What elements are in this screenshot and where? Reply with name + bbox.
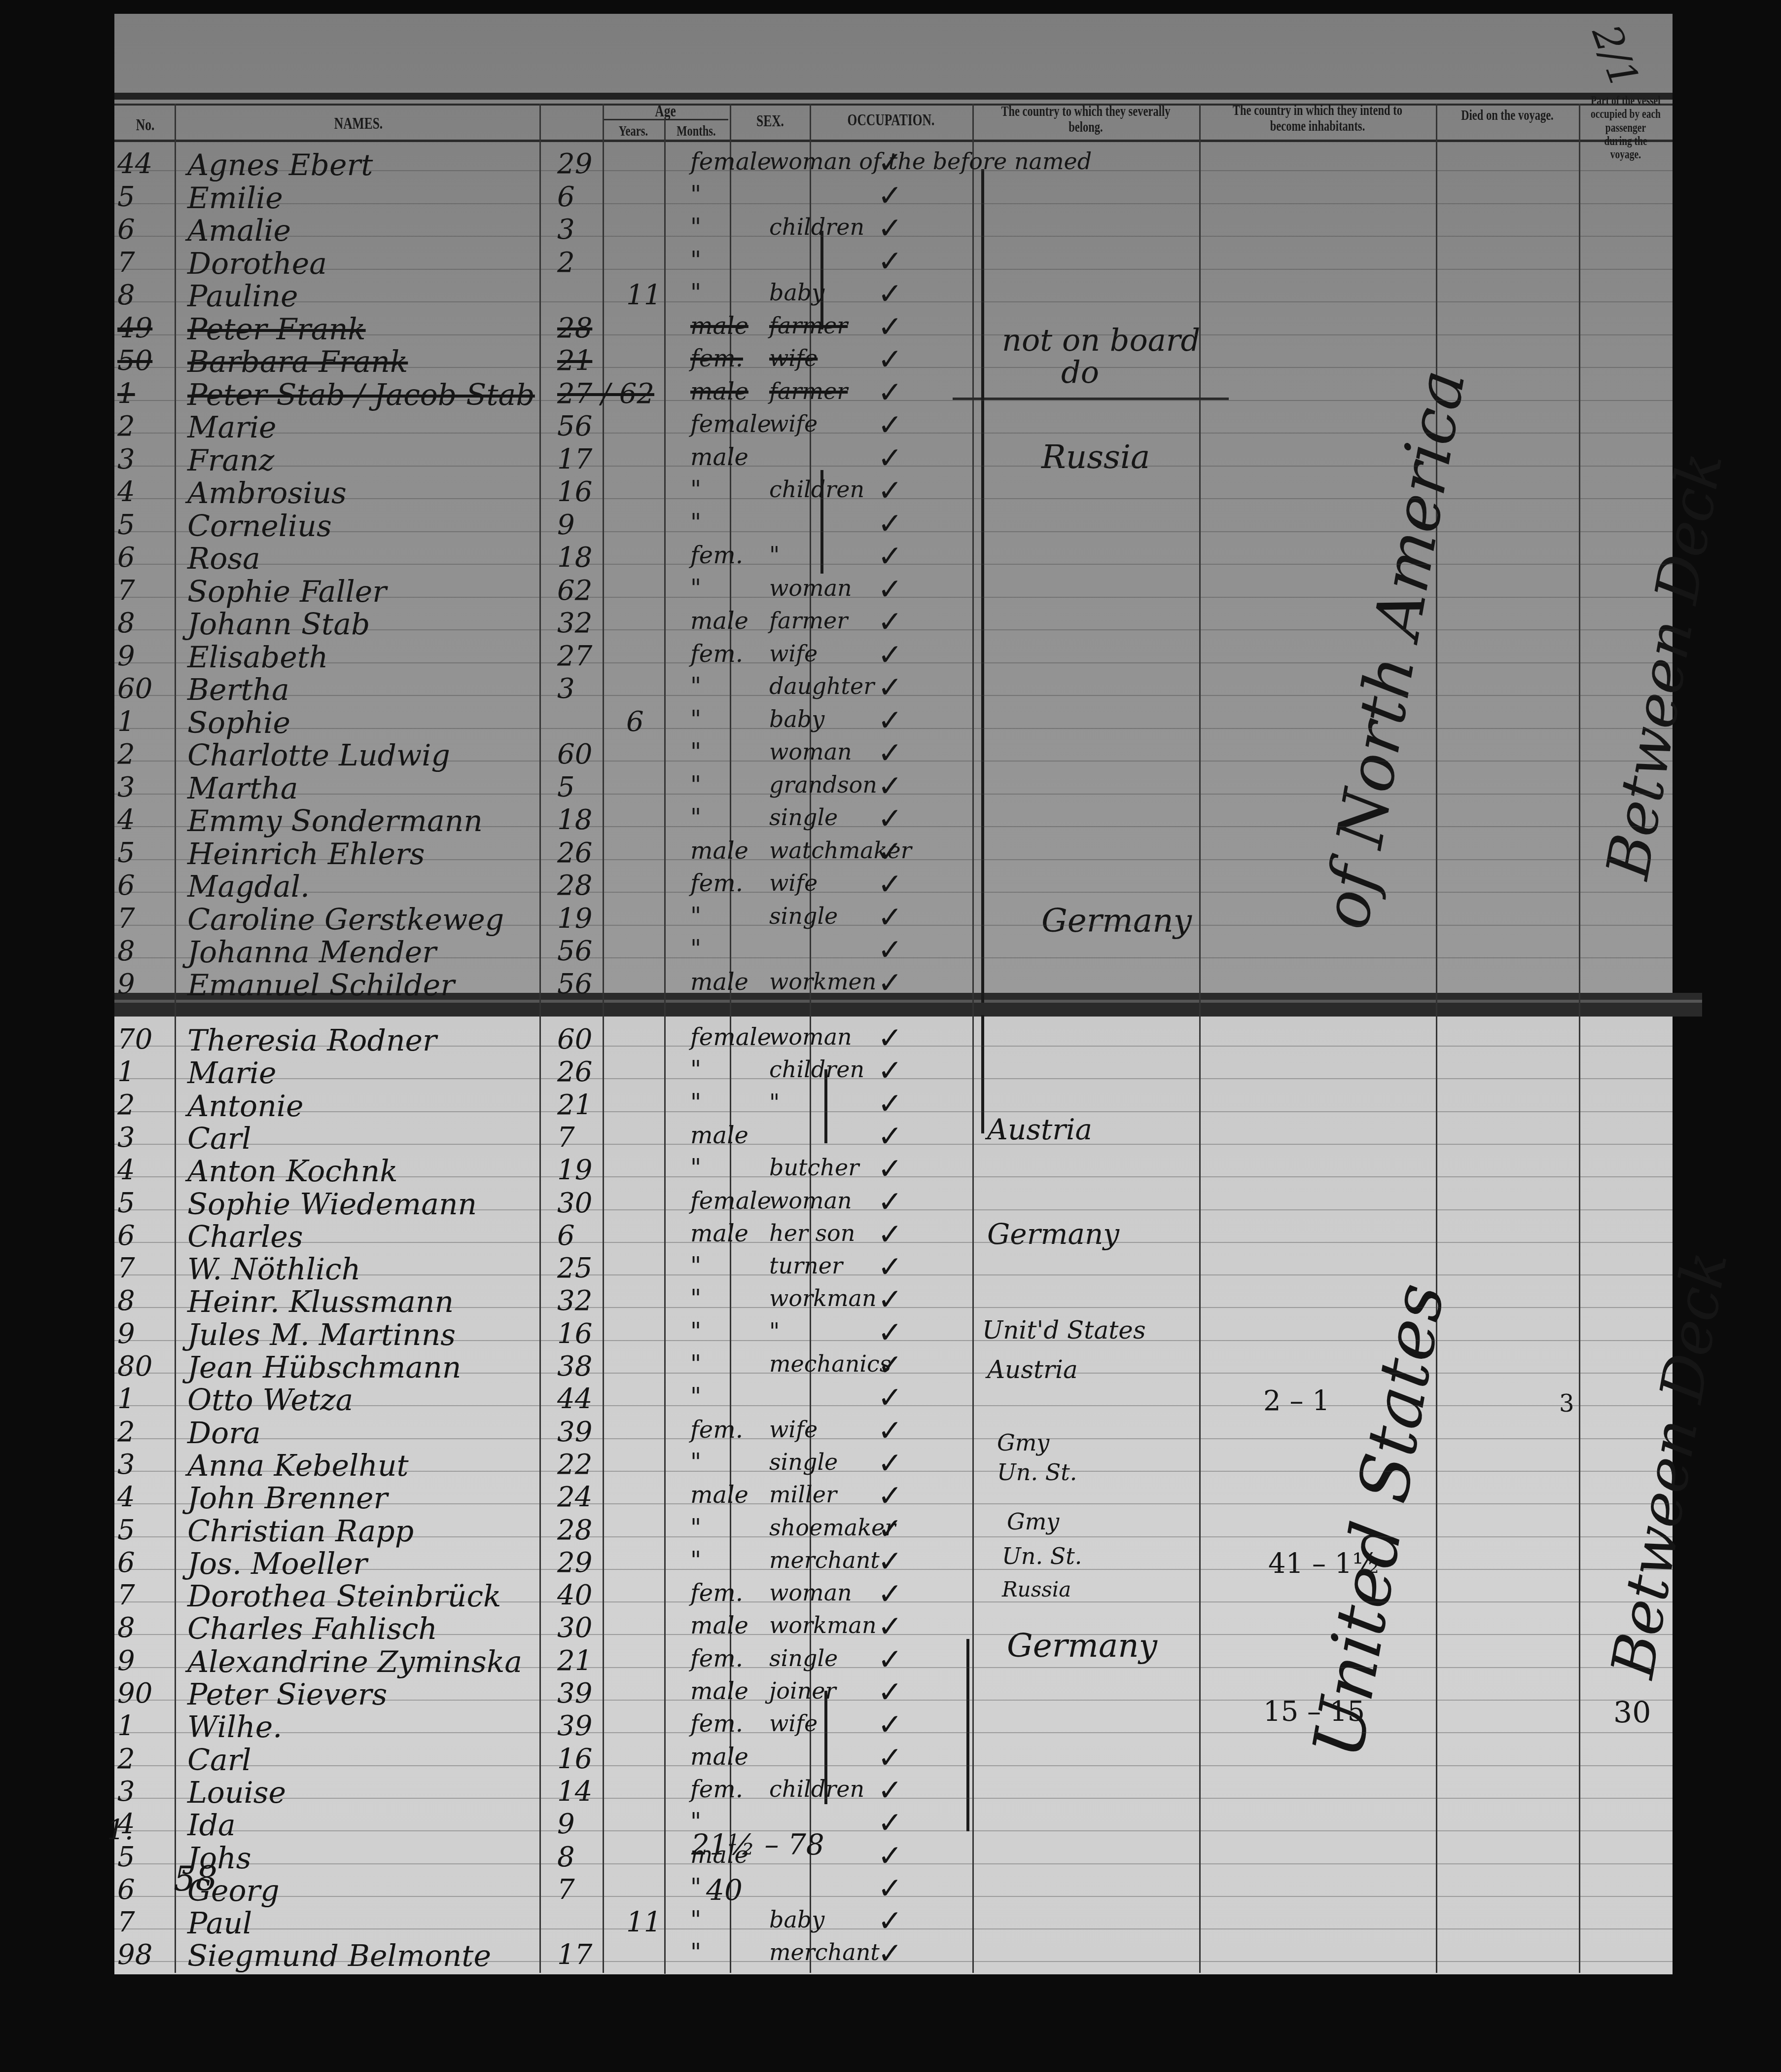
row-name: Otto Wetza <box>187 1383 353 1418</box>
row-sex: female <box>690 1187 771 1215</box>
row-no: 4 <box>117 1154 135 1186</box>
row-years: 18 <box>557 804 592 836</box>
row-occupation: single <box>769 1645 838 1672</box>
check-mark-icon: ✓ <box>878 1904 902 1938</box>
check-mark-icon: ✓ <box>878 1315 902 1350</box>
row-no: 98 <box>117 1939 152 1971</box>
row-occupation: woman <box>769 1579 852 1606</box>
row-years: 19 <box>557 1154 592 1186</box>
brace <box>981 1015 989 1133</box>
check-mark-icon: ✓ <box>878 638 902 672</box>
country-note: Un. St. <box>1002 1543 1082 1569</box>
row-sex: male <box>690 1677 748 1705</box>
check-mark-icon: ✓ <box>878 473 902 508</box>
row-occupation: miller <box>769 1481 837 1508</box>
row-sex: female <box>690 1023 771 1051</box>
row-years: 3 <box>557 214 575 246</box>
check-mark-icon: ✓ <box>878 1806 902 1840</box>
row-occupation: single <box>769 1449 838 1475</box>
row-years: 26 <box>557 837 592 869</box>
row-occupation: single <box>769 804 838 831</box>
tally-vessel: 30 <box>1613 1696 1651 1730</box>
row-years: 25 <box>557 1252 592 1284</box>
check-mark-icon: ✓ <box>878 966 902 1000</box>
row-months: 6 <box>626 706 644 738</box>
row-years: 17 <box>557 1939 592 1971</box>
row-no: 5 <box>117 837 135 869</box>
row-years: 28 <box>557 1514 592 1546</box>
row-name: Sophie <box>187 706 290 740</box>
row-name: Ambrosius <box>187 476 347 510</box>
header-died: Died on the voyage. <box>1454 108 1561 123</box>
country-note: Gmy <box>1007 1508 1059 1535</box>
check-mark-icon: ✓ <box>878 1282 902 1317</box>
check-mark-icon: ✓ <box>878 867 902 902</box>
header-years: Years. <box>610 123 657 139</box>
country-note: Germany <box>987 1217 1119 1251</box>
row-years: 28 <box>557 870 592 902</box>
row-sex: " <box>690 673 701 700</box>
row-name: Charles <box>187 1220 303 1254</box>
check-mark-icon: ✓ <box>878 342 902 377</box>
row-name: W. Nöthlich <box>187 1252 360 1287</box>
row-sex: male <box>690 1122 748 1149</box>
row-years: 39 <box>557 1710 592 1742</box>
check-mark-icon: ✓ <box>878 670 902 705</box>
country-note: Russia <box>1002 1577 1071 1601</box>
row-no: 2 <box>117 410 135 442</box>
row-name: Elisabeth <box>187 640 328 675</box>
row-no: 9 <box>117 1318 135 1350</box>
row-occupation: farmer <box>769 312 848 339</box>
row-name: Emmy Sondermann <box>187 804 483 838</box>
row-years: 56 <box>557 935 592 967</box>
row-name: Heinr. Klussmann <box>187 1285 454 1319</box>
row-no: 9 <box>117 968 135 1000</box>
check-mark-icon: ✓ <box>878 1250 902 1284</box>
row-sex: " <box>690 476 701 504</box>
row-years: 39 <box>557 1416 592 1448</box>
row-occupation: workmen <box>769 968 876 995</box>
row-occupation: daughter <box>769 673 874 699</box>
row-name: Siegmund Belmonte <box>187 1939 491 1973</box>
row-years: 9 <box>557 509 575 541</box>
row-no: 4 <box>117 1481 135 1513</box>
row-sex: " <box>690 279 701 307</box>
row-no: 2 <box>117 1743 135 1775</box>
row-no: 6 <box>117 214 135 246</box>
row-name: Christian Rapp <box>187 1514 414 1549</box>
check-mark-icon: ✓ <box>878 1512 902 1546</box>
row-sex: " <box>690 903 701 930</box>
row-sex: fem. <box>690 1776 743 1803</box>
row-name: Cornelius <box>187 509 332 544</box>
check-mark-icon: ✓ <box>878 703 902 738</box>
row-no: 6 <box>117 1547 135 1579</box>
row-occupation: wife <box>769 1416 818 1443</box>
row-years: 18 <box>557 542 592 574</box>
row-name: Heinrich Ehlers <box>187 837 425 872</box>
row-no: 1 <box>117 378 135 410</box>
check-mark-icon: ✓ <box>878 1839 902 1873</box>
col-line <box>1579 104 1580 1973</box>
check-mark-icon: ✓ <box>878 1381 902 1415</box>
country-note: Germany <box>1007 1627 1157 1665</box>
row-no: 1 <box>117 1056 135 1088</box>
check-mark-icon: ✓ <box>878 1577 902 1611</box>
row-years: 14 <box>557 1776 592 1808</box>
row-sex: " <box>690 738 701 766</box>
check-mark-icon: ✓ <box>878 1609 902 1644</box>
row-sex: male <box>690 837 748 865</box>
row-occupation: wife <box>769 345 818 371</box>
row-name: Rosa <box>187 542 260 576</box>
row-no: 1 <box>117 1710 135 1742</box>
row-years: 39 <box>557 1677 592 1709</box>
header-country-belong: The country to which they severally belo… <box>1001 104 1171 135</box>
row-name: Emanuel Schilder <box>187 968 455 1003</box>
row-name: Charles Fahlisch <box>187 1612 437 1646</box>
row-years: 60 <box>557 738 592 770</box>
row-occupation: children <box>769 1056 864 1083</box>
country-note: Russia <box>1041 438 1150 476</box>
row-no: 9 <box>117 1645 135 1677</box>
row-years: 6 <box>557 181 575 213</box>
row-sex: male <box>690 443 748 471</box>
row-sex: " <box>690 1874 701 1901</box>
row-no: 90 <box>117 1677 152 1709</box>
check-mark-icon: ✓ <box>878 277 902 311</box>
row-name: Charlotte Ludwig <box>187 738 450 773</box>
row-name: Franz <box>187 443 274 478</box>
country-note: not on board <box>1002 322 1200 358</box>
row-occupation: woman <box>769 1023 852 1050</box>
row-occupation: workman <box>769 1285 877 1311</box>
row-sex: male <box>690 607 748 635</box>
check-mark-icon: ✓ <box>878 1773 902 1808</box>
row-sex: male <box>690 312 748 340</box>
check-mark-icon: ✓ <box>878 801 902 836</box>
row-name: Martha <box>187 771 298 806</box>
tally-vessel-mark: 3 <box>1559 1390 1574 1418</box>
row-years: 29 <box>557 1547 592 1579</box>
row-sex: female <box>690 410 771 438</box>
row-years: 56 <box>557 410 592 442</box>
row-years: 7 <box>557 1874 575 1906</box>
row-name: Peter Stab / Jacob Stab <box>187 378 535 412</box>
check-mark-icon: ✓ <box>878 1152 902 1186</box>
check-mark-icon: ✓ <box>878 736 902 770</box>
row-sex: " <box>690 1056 701 1084</box>
row-years: 2 <box>557 247 575 279</box>
row-occupation: wife <box>769 640 818 667</box>
row-years: 27 / 62 <box>557 378 654 410</box>
row-sex: fem. <box>690 542 743 569</box>
row-sex: " <box>690 1514 701 1542</box>
row-no: 6 <box>117 542 135 574</box>
row-no: 8 <box>117 279 135 311</box>
row-occupation: her son <box>769 1220 855 1246</box>
row-name: Carl <box>187 1743 251 1778</box>
check-mark-icon: ✓ <box>878 539 902 574</box>
row-name: Barbara Frank <box>187 345 408 379</box>
row-no: 5 <box>117 1187 135 1219</box>
row-no: 3 <box>117 443 135 475</box>
row-years: 3 <box>557 673 575 705</box>
row-name: Antonie <box>187 1089 304 1124</box>
row-no: 8 <box>117 1285 135 1317</box>
check-mark-icon: ✓ <box>878 1021 902 1055</box>
header-names: NAMES. <box>222 115 496 133</box>
row-sex: " <box>690 771 701 799</box>
row-no: 5 <box>117 1841 135 1873</box>
row-occupation: grandson <box>769 771 877 798</box>
check-mark-icon: ✓ <box>878 1642 902 1677</box>
row-name: Caroline Gerstkeweg <box>187 903 504 937</box>
check-mark-icon: ✓ <box>878 375 902 410</box>
check-mark-icon: ✓ <box>878 310 902 344</box>
row-occupation: workman <box>769 1612 877 1638</box>
row-sex: " <box>690 247 701 274</box>
row-sex: " <box>690 1252 701 1280</box>
row-years: 30 <box>557 1612 592 1644</box>
row-occupation: merchant <box>769 1939 880 1965</box>
row-name: Jos. Moeller <box>187 1547 367 1581</box>
row-name: Sophie Wiedemann <box>187 1187 477 1222</box>
row-occupation: woman of the before named <box>769 148 1092 175</box>
row-occupation: farmer <box>769 607 848 634</box>
header-vessel-part: Part of the vessel occupied by each pass… <box>1591 94 1661 161</box>
check-mark-icon: ✓ <box>878 179 902 213</box>
row-occupation: baby <box>769 279 824 306</box>
row-no: 9 <box>117 640 135 672</box>
row-sex: female <box>690 148 771 176</box>
row-occupation: children <box>769 476 864 503</box>
row-name: Dora <box>187 1416 261 1451</box>
row-name: Johs <box>187 1841 251 1876</box>
row-sex: " <box>690 509 701 537</box>
row-years: 21 <box>557 345 592 377</box>
check-mark-icon: ✓ <box>878 145 902 180</box>
country-note: Un. St. <box>997 1459 1077 1486</box>
row-no: 44 <box>117 148 152 180</box>
check-mark-icon: ✓ <box>878 835 902 869</box>
row-no: 5 <box>117 509 135 541</box>
row-no: 5 <box>117 181 135 213</box>
country-note: Gmy <box>997 1429 1049 1456</box>
check-mark-icon: ✓ <box>878 507 902 541</box>
header-age: Age <box>618 103 712 120</box>
row-no: 2 <box>117 738 135 770</box>
row-sex: fem. <box>690 870 743 897</box>
row-name: Dorothea Steinbrück <box>187 1579 501 1614</box>
row-years: 28 <box>557 312 592 344</box>
row-no: 6 <box>117 870 135 902</box>
row-name: Theresia Rodner <box>187 1023 437 1058</box>
row-occupation: wife <box>769 1710 818 1737</box>
row-occupation: " <box>769 1089 780 1116</box>
check-mark-icon: ✓ <box>878 572 902 607</box>
row-name: Jules M. Martinns <box>187 1318 456 1352</box>
row-months: 11 <box>626 279 661 311</box>
row-sex: " <box>690 1449 701 1476</box>
check-mark-icon: ✓ <box>878 1087 902 1121</box>
row-name: John Brenner <box>187 1481 388 1516</box>
check-mark-icon: ✓ <box>878 1185 902 1219</box>
row-name: Peter Sievers <box>187 1677 387 1712</box>
row-years: 60 <box>557 1023 592 1055</box>
row-sex: fem. <box>690 1645 743 1672</box>
row-name: Bertha <box>187 673 289 707</box>
row-occupation: wife <box>769 870 818 896</box>
row-name: Louise <box>187 1776 286 1810</box>
check-mark-icon: ✓ <box>878 408 902 442</box>
col-line <box>1199 104 1201 1973</box>
row-no: 3 <box>117 1449 135 1481</box>
check-mark-icon: ✓ <box>878 1675 902 1709</box>
check-mark-icon: ✓ <box>878 605 902 639</box>
row-name: Wilhe. <box>187 1710 282 1745</box>
check-mark-icon: ✓ <box>878 933 902 967</box>
row-no: 60 <box>117 673 152 705</box>
row-sex: male <box>690 378 748 405</box>
row-name: Pauline <box>187 279 298 314</box>
row-occupation: woman <box>769 1187 852 1214</box>
row-no: 7 <box>117 1906 135 1938</box>
row-no: 8 <box>117 607 135 639</box>
row-name: Marie <box>187 1056 277 1091</box>
row-sex: male <box>690 1841 748 1869</box>
row-occupation: mechanics <box>769 1350 891 1377</box>
row-name: Sophie Faller <box>187 575 387 609</box>
row-sex: " <box>690 935 701 963</box>
row-no: 7 <box>117 575 135 607</box>
row-no: 6 <box>117 1220 135 1252</box>
row-years: 29 <box>557 148 592 180</box>
header-bottom-rule <box>114 140 1673 142</box>
row-sex: male <box>690 1481 748 1509</box>
row-name: Marie <box>187 410 277 445</box>
row-no: 4 <box>117 804 135 836</box>
row-years: 32 <box>557 1285 592 1317</box>
check-mark-icon: ✓ <box>878 211 902 246</box>
row-name: Amalie <box>187 214 291 248</box>
row-sex: fem. <box>690 1579 743 1607</box>
row-occupation: wife <box>769 410 818 437</box>
row-no: 7 <box>117 247 135 279</box>
country-note: do <box>1061 354 1099 390</box>
check-mark-icon: ✓ <box>878 1479 902 1513</box>
header-country-intend: The country in which they intend to beco… <box>1229 103 1406 134</box>
country-note: Germany <box>1041 902 1192 940</box>
row-years: 44 <box>557 1383 592 1415</box>
row-sex: " <box>690 706 701 733</box>
row-years: 16 <box>557 1743 592 1775</box>
row-years: 6 <box>557 1220 575 1252</box>
country-note: Austria <box>987 1355 1078 1384</box>
check-mark-icon: ✓ <box>878 1348 902 1382</box>
check-mark-icon: ✓ <box>878 1119 902 1154</box>
check-mark-icon: ✓ <box>878 1544 902 1579</box>
row-name: Johanna Mender <box>187 935 436 970</box>
row-years: 21 <box>557 1089 592 1121</box>
tally: 2 – 1 <box>1263 1385 1330 1417</box>
col-line <box>539 104 541 1973</box>
row-sex: male <box>690 1612 748 1639</box>
row-sex: " <box>690 1350 701 1378</box>
row-name: Jean Hübschmann <box>187 1350 461 1385</box>
row-sex: fem. <box>690 640 743 668</box>
row-sex: " <box>690 1808 701 1836</box>
header-occupation: OCCUPATION. <box>830 111 952 129</box>
row-years: 56 <box>557 968 592 1000</box>
row-no: 6 <box>117 1874 135 1906</box>
row-years: 21 <box>557 1645 592 1677</box>
row-occupation: baby <box>769 1906 824 1933</box>
row-no: 3 <box>117 1122 135 1154</box>
row-no: 80 <box>117 1350 152 1382</box>
row-sex: " <box>690 1547 701 1574</box>
row-sex: " <box>690 575 701 602</box>
row-no: 3 <box>117 771 135 803</box>
row-sex: male <box>690 968 748 996</box>
row-no: 8 <box>117 1612 135 1644</box>
row-no: 4 <box>117 1808 135 1840</box>
row-sex: " <box>690 804 701 832</box>
row-years: 9 <box>557 1808 575 1840</box>
check-mark-icon: ✓ <box>878 1936 902 1971</box>
row-name: Dorothea <box>187 247 327 281</box>
row-no: 7 <box>117 1252 135 1284</box>
row-sex: fem. <box>690 345 743 372</box>
header-no: No. <box>122 116 169 134</box>
check-mark-icon: ✓ <box>878 1217 902 1252</box>
row-occupation: merchant <box>769 1547 880 1573</box>
check-mark-icon: ✓ <box>878 244 902 279</box>
check-mark-icon: ✓ <box>878 1446 902 1481</box>
brace <box>981 169 989 1003</box>
row-name: Johann Stab <box>187 607 370 642</box>
age-subtotal: 40 <box>706 1873 743 1907</box>
row-years: 40 <box>557 1579 592 1611</box>
row-occupation: turner <box>769 1252 843 1279</box>
check-mark-icon: ✓ <box>878 1708 902 1742</box>
row-sex: " <box>690 1154 701 1182</box>
row-years: 17 <box>557 443 592 475</box>
row-occupation: woman <box>769 738 852 765</box>
row-months: 11 <box>626 1906 661 1938</box>
row-years: 7 <box>557 1122 575 1154</box>
check-mark-icon: ✓ <box>878 1054 902 1088</box>
row-no: 7 <box>117 903 135 935</box>
row-no: 1 <box>117 1383 135 1415</box>
row-years: 26 <box>557 1056 592 1088</box>
row-sex: " <box>690 181 701 209</box>
row-occupation: " <box>769 542 780 568</box>
row-name: Anna Kebelhut <box>187 1449 409 1483</box>
row-occupation: baby <box>769 706 824 732</box>
row-occupation: shoemaker <box>769 1514 895 1541</box>
row-sex: male <box>690 1220 748 1247</box>
row-name: Peter Frank <box>187 312 366 347</box>
col-line <box>175 104 176 1973</box>
row-name: Carl <box>187 1122 251 1156</box>
row-no: 4 <box>117 476 135 508</box>
row-years: 22 <box>557 1449 592 1481</box>
row-occupation: single <box>769 903 838 929</box>
row-name: Georg <box>187 1874 280 1908</box>
row-sex: male <box>690 1743 748 1771</box>
